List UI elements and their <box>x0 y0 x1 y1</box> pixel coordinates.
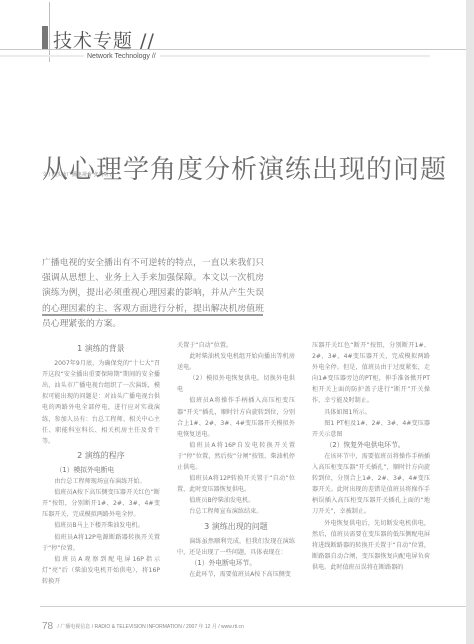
body-column-1: 1 演练的背景2007年9月底，为确保党的“十七大”召开这段“安全播出重要保障期… <box>42 340 160 587</box>
body-paragraph: 此时柴油机发电机组开始向播出等机房送电。 <box>177 351 295 373</box>
body-paragraph: 外电恢复供电后，先切断发电机供电，然后，值班员需要在变压器的低压侧配电屏将进线断… <box>312 518 430 573</box>
subsection-heading: （1）模拟外电断电 <box>42 465 160 476</box>
page-number: 78 <box>42 621 53 632</box>
body-paragraph: 图1 PT柜及1#、2#、3#、4#变压器开关示意图 <box>312 418 430 440</box>
section-heading: 1 演练的背景 <box>42 343 160 354</box>
article-title: 从心理学角度分析演练出现的问题 <box>42 149 447 186</box>
body-paragraph: 值班员A将12P转换开关置于“自动”位置，此时变压器恢复供电。 <box>177 473 295 495</box>
body-column-3: 压器开关红色“断开”按钮，分别断开1#、2#、3#、4#变压器开关，完成模拟两路… <box>312 340 430 573</box>
body-paragraph: 在该环节中，需要值班员将操作手柄插入高压柜变压器“开关插孔”，顺时针方向旋转到位… <box>312 451 430 518</box>
article-byline: 文 / 汕头市广播电视台 张贸明 // <box>42 171 113 178</box>
article-abstract: 广播电视的安全播出有不可逆转的特点，一直以来我们只强调从思想上、业务上入手来加强… <box>42 256 264 332</box>
header-faint-text-right <box>160 55 430 57</box>
body-paragraph: （2）模拟外电恢复供电，切换外电供电 <box>177 373 295 395</box>
journal-name-en: RADIO & TELEVISION INFORMATION <box>94 624 181 630</box>
body-paragraph: 具体如图1所示。 <box>312 407 430 418</box>
issue-date: 2007 年 12 月 <box>186 624 217 630</box>
section-marker-bar <box>42 26 48 50</box>
body-paragraph: 压器开关红色“断开”按钮，分别断开1#、2#、3#、4#变压器开关，完成模拟两路… <box>312 340 430 407</box>
journal-website: www.rti.cn <box>221 624 244 630</box>
body-paragraph: 值班员A将操作手柄插入高压柜变压器“开关”插孔，顺时针方向旋转到位，分别合上1#… <box>177 395 295 439</box>
body-paragraph: 值班员B马上下楼开柴油发电机。 <box>42 520 160 531</box>
section-heading: 3 演练出现的问题 <box>177 521 295 532</box>
body-paragraph: 2007年9月底，为确保党的“十七大”召开这段“安全播出重要保障期”期间的安全播… <box>42 358 160 447</box>
subsection-heading: （2）恢复外电供电环节。 <box>312 440 430 451</box>
body-column-2: 关置于“自动”位置。此时柴油机发电机组开始向播出等机房送电。（2）模拟外电恢复供… <box>177 340 295 580</box>
section-heading: 2 演练的程序 <box>42 450 160 461</box>
body-paragraph: 由台总工程师现场宣布演练开始。 <box>42 476 160 487</box>
body-paragraph: 台总工程师宣布演练结束。 <box>177 506 295 517</box>
body-paragraph: 值班员A观察到配电屏16P指示灯“亮”后（柴油发电机开始供电），将16P转换开 <box>42 554 160 587</box>
journal-name-cn: 广播电视信息 <box>60 624 90 630</box>
page-footer: 78 / 广播电视信息 / RADIO & TELEVISION INFORMA… <box>42 621 244 632</box>
footer-divider <box>40 606 466 607</box>
header-divider <box>0 49 466 50</box>
body-paragraph: 演练虽然顺利完成，但我们发现在演练中，还是出现了一些问题，具体表现在： <box>177 536 295 558</box>
body-paragraph: 值班员B停柴油发电机。 <box>177 495 295 506</box>
body-paragraph: 关置于“自动”位置。 <box>177 340 295 351</box>
body-paragraph: 值班员A将16P自发电转换开关置于“停”位置，然后按“分闸”按钮，柴油机停止供电… <box>177 440 295 473</box>
header-vertical-guide <box>49 2 50 62</box>
body-paragraph: 值班员A将12P电源断路器转换开关置于“停”位置。 <box>42 532 160 554</box>
body-paragraph: 值班员A按下高压侧变压器开关红色“断开”按钮，分别断开1#、2#、3#、4#变压… <box>42 487 160 520</box>
body-paragraph: 在此环节，需要值班员A按下高压侧变 <box>177 569 295 580</box>
section-subtitle: Network Technology // <box>87 53 156 60</box>
subsection-heading: （1）外电断电环节。 <box>177 558 295 569</box>
page-edge-shadow <box>466 0 474 644</box>
abstract-divider <box>42 314 263 316</box>
header-faint-text-left <box>0 55 84 57</box>
